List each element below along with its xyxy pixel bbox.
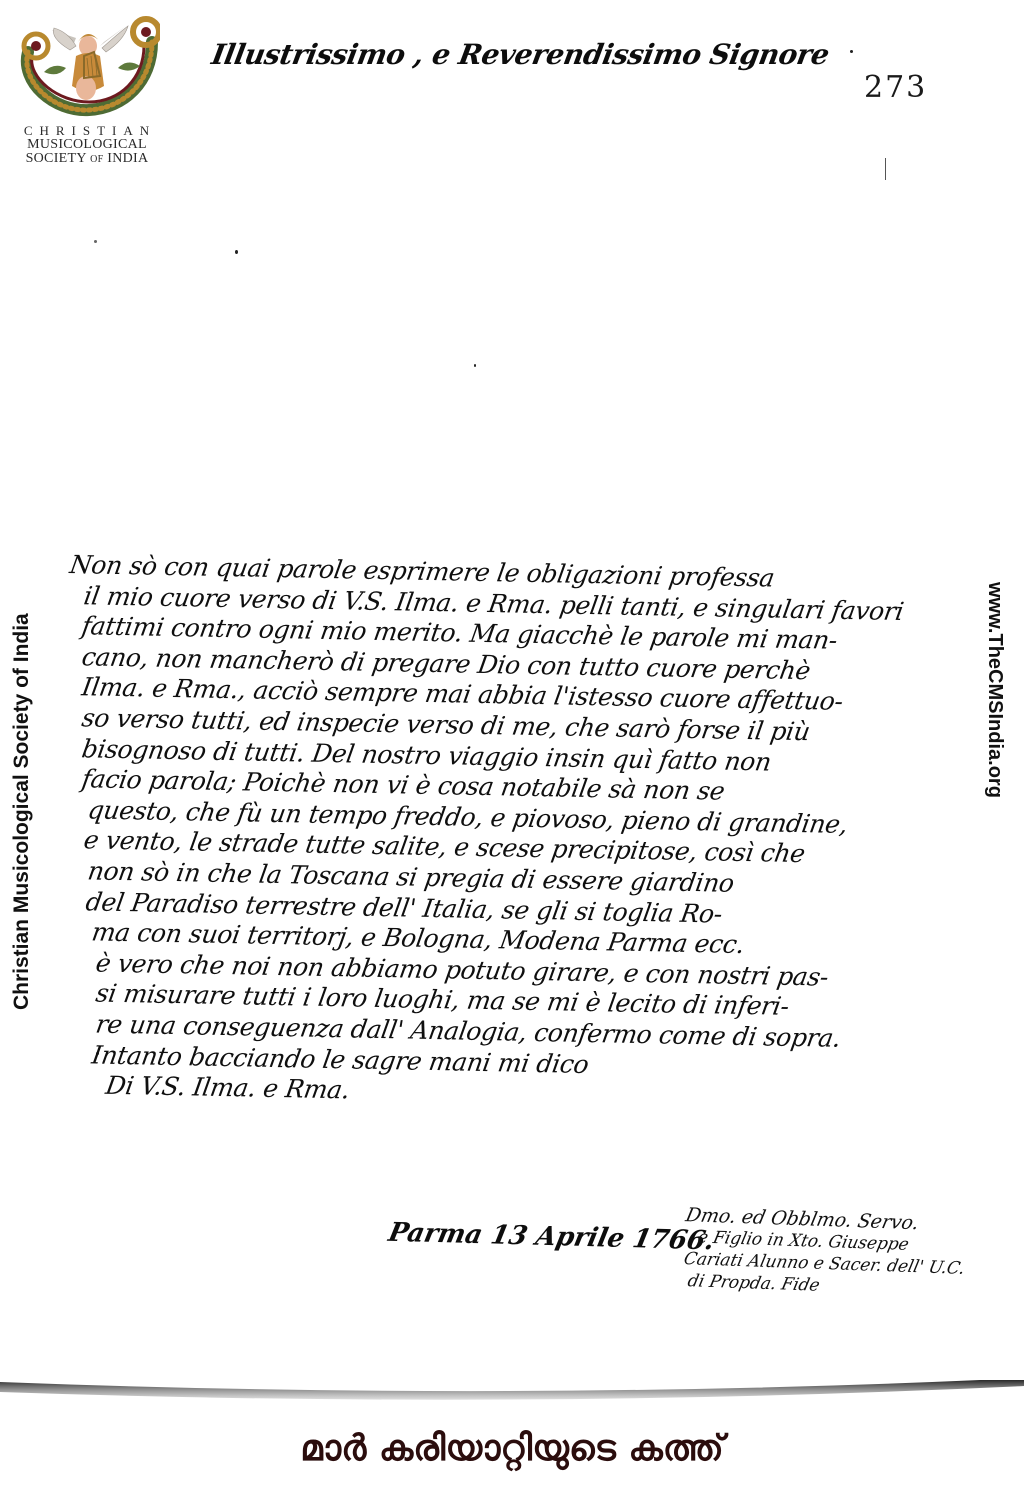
page-number: 273 bbox=[864, 70, 927, 105]
watermark-society-name: Christian Musicological Society of India bbox=[10, 613, 34, 1010]
letter-signature: Dmo. ed Obblmo. Servo. e Figlio in Xto. … bbox=[684, 1204, 984, 1292]
logo-of-word: OF bbox=[90, 154, 103, 165]
ink-speck bbox=[850, 50, 853, 53]
malayalam-caption: മാർ കരിയാറ്റിയുടെ കത്ത് bbox=[0, 1428, 1024, 1470]
letter-date: Parma 13 Aprile 1766. bbox=[386, 1218, 717, 1257]
scanned-letter-page: CHRISTIAN MUSICOLOGICAL SOCIETY OF INDIA… bbox=[0, 0, 1024, 1498]
watermark-website-url: www.TheCMSIndia.org bbox=[983, 582, 1006, 798]
letter-body: Non sò con quai parole esprimere le obli… bbox=[70, 550, 970, 1101]
page-bottom-edge bbox=[0, 1380, 1024, 1410]
logo-society-word: SOCIETY bbox=[26, 151, 91, 166]
society-logo: CHRISTIAN MUSICOLOGICAL SOCIETY OF INDIA bbox=[12, 12, 162, 170]
letter-salutation: Illustrissimo , e Reverendissimo Signore bbox=[209, 38, 831, 71]
ink-speck bbox=[885, 158, 886, 180]
ink-speck bbox=[94, 240, 97, 243]
logo-india-word: INDIA bbox=[103, 151, 148, 166]
logo-line-society: SOCIETY OF INDIA bbox=[12, 152, 162, 167]
ink-speck bbox=[235, 250, 238, 254]
society-logo-text: CHRISTIAN MUSICOLOGICAL SOCIETY OF INDIA bbox=[12, 124, 162, 167]
logo-line-christian: CHRISTIAN bbox=[12, 124, 162, 138]
logo-line-musicological: MUSICOLOGICAL bbox=[12, 138, 162, 153]
ink-speck bbox=[474, 364, 476, 367]
angel-harp-emblem-icon bbox=[14, 12, 160, 120]
